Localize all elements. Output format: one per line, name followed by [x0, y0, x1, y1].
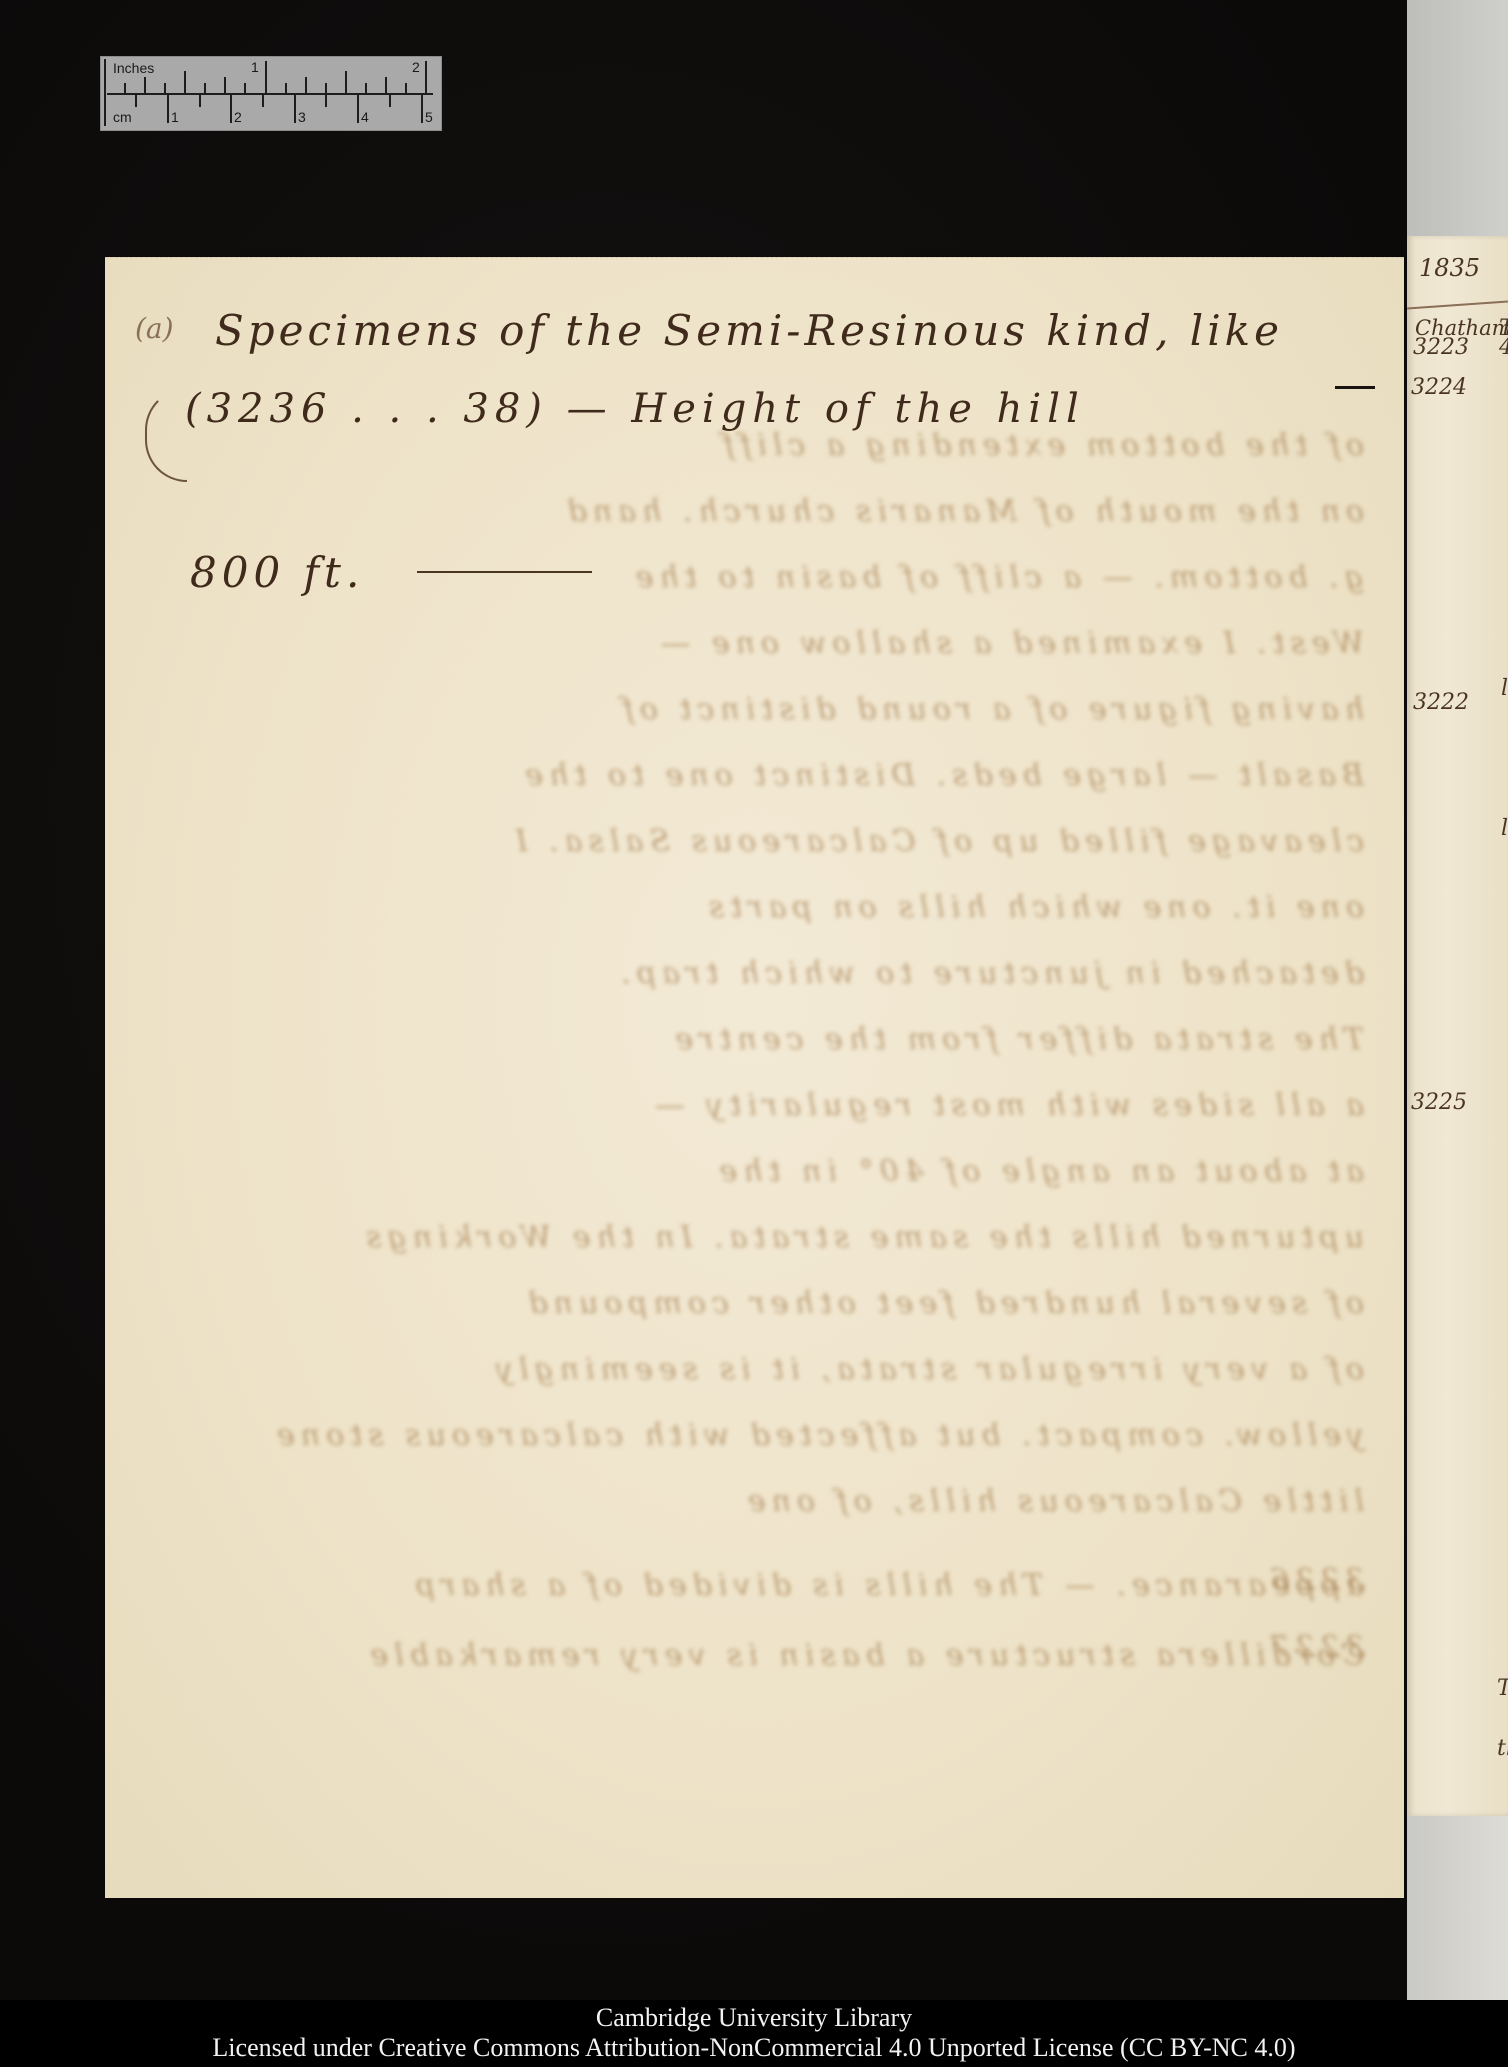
ruler-cm-number: 1	[171, 109, 179, 125]
bleed-through-line: having figure of a round distinct of	[145, 692, 1364, 726]
bleed-through-margin-number: 3226	[1265, 1563, 1365, 1597]
underline-dash	[417, 571, 592, 573]
ruler-tick	[345, 71, 347, 93]
bracket-mark	[145, 388, 187, 482]
bleed-through-line: cleavage filled up of Calcareous Salsa. …	[145, 824, 1364, 858]
ruler-tick	[104, 93, 106, 126]
bleed-through-line: The strata differ from the centre	[145, 1022, 1364, 1056]
bleed-through-line: little Calcareous hills, of one	[145, 1484, 1364, 1518]
ruler-tick	[167, 93, 169, 123]
bleed-through-line: appearance. — The hills is divided of a …	[145, 1568, 1364, 1602]
ruler-tick	[365, 83, 367, 93]
ruler-tick	[262, 93, 264, 107]
ruler-tick	[325, 93, 327, 107]
ruler-tick	[244, 83, 246, 93]
strip-number: 3223	[1413, 335, 1469, 360]
ruler-tick	[164, 83, 166, 93]
bleed-through-line: of a very irregular strata, it is seemin…	[145, 1352, 1364, 1386]
manuscript-line-3: 800 ft.	[190, 548, 364, 597]
ruler-inches-label: Inches	[113, 60, 154, 76]
bleed-through-line: on the mouth of Manaris church. hand	[145, 494, 1364, 528]
ruler-tick	[325, 83, 327, 93]
bleed-through-line: Basalt — large beds. Distinct one to the	[145, 758, 1364, 792]
strip-cut-text: T	[1497, 1676, 1508, 1701]
background-surface	[1407, 0, 1508, 250]
next-page-strip: 1835 Chatham 3223 3224 3222 3225 T 4 l l…	[1407, 236, 1508, 1816]
ruler-tick	[425, 61, 427, 93]
ruler-tick	[405, 83, 407, 93]
ruler-tick	[421, 93, 423, 123]
ruler-tick	[199, 93, 201, 107]
strip-number: 3224	[1411, 375, 1467, 400]
ruler-tick	[294, 93, 296, 123]
ruler-tick	[135, 93, 137, 107]
edge-damage-mark	[1335, 386, 1375, 389]
bleed-through-line: Cordillera structure a basin is very rem…	[145, 1638, 1364, 1672]
ruler-tick	[305, 77, 307, 93]
bleed-through-line: of the bottom extending a cliff	[145, 428, 1364, 462]
strip-cut-text: l	[1501, 816, 1508, 841]
strip-cut-text: th	[1497, 1736, 1508, 1761]
bleed-through-line: yellow. compact. but affected with calca…	[145, 1418, 1364, 1452]
strip-cut-text: l	[1501, 676, 1508, 701]
ruler-tick	[144, 77, 146, 93]
bleed-through-line: at about an angle of 40° in the	[145, 1154, 1364, 1188]
margin-note: (a)	[135, 312, 174, 345]
ruler-tick	[184, 71, 186, 93]
ruler-cm-number: 2	[234, 109, 242, 125]
ruler-tick	[357, 93, 359, 123]
caption-license: Licensed under Creative Commons Attribut…	[0, 2033, 1508, 2063]
background-surface	[1407, 1812, 1508, 2000]
ruler-midline	[107, 93, 433, 95]
ruler-tick	[285, 83, 287, 93]
ruler-cm-number: 3	[298, 109, 306, 125]
strip-cut-text: 4	[1499, 335, 1508, 360]
ruler-cm-number: 5	[425, 109, 433, 125]
bleed-through-margin-number: 3227	[1265, 1630, 1365, 1664]
ruler-tick	[230, 93, 232, 123]
bleed-through-line: detached in juncture to which trap.	[145, 956, 1364, 990]
bleed-through-line: a all sides with most regularity —	[145, 1088, 1364, 1122]
scale-ruler: Inches cm 1 2 1 2 3 4 5	[100, 56, 442, 131]
ruler-cm-label: cm	[113, 109, 132, 125]
strip-year: 1835	[1419, 254, 1480, 282]
bleed-through-line: one it. one which hills on parts	[145, 890, 1364, 924]
ruler-tick	[385, 77, 387, 93]
manuscript-line-2: (3236 . . . 38) — Height of the hill	[185, 386, 1085, 432]
ruler-tick	[265, 61, 267, 93]
strip-rule	[1407, 300, 1508, 309]
manuscript-page: of the bottom extending a cliff on the m…	[105, 257, 1404, 1898]
ruler-inch-label: 2	[412, 59, 420, 75]
ruler-tick	[104, 59, 106, 93]
bleed-through-line: West. I examined a shallow one —	[145, 626, 1364, 660]
manuscript-line-1: Specimens of the Semi-Resinous kind, lik…	[215, 306, 1283, 355]
ruler-tick	[204, 83, 206, 93]
caption-institution: Cambridge University Library	[0, 2000, 1508, 2033]
strip-number: 3222	[1413, 690, 1469, 715]
ruler-tick	[124, 83, 126, 93]
ruler-tick	[389, 93, 391, 107]
bleed-through-line: upturned hills the same strata. In the W…	[145, 1220, 1364, 1254]
strip-number: 3225	[1411, 1090, 1467, 1115]
bleed-through-line: of several hundred feet other compound	[145, 1286, 1364, 1320]
ruler-cm-number: 4	[361, 109, 369, 125]
ruler-tick	[224, 77, 226, 93]
license-caption: Cambridge University Library Licensed un…	[0, 2000, 1508, 2067]
ruler-inch-label: 1	[251, 59, 259, 75]
